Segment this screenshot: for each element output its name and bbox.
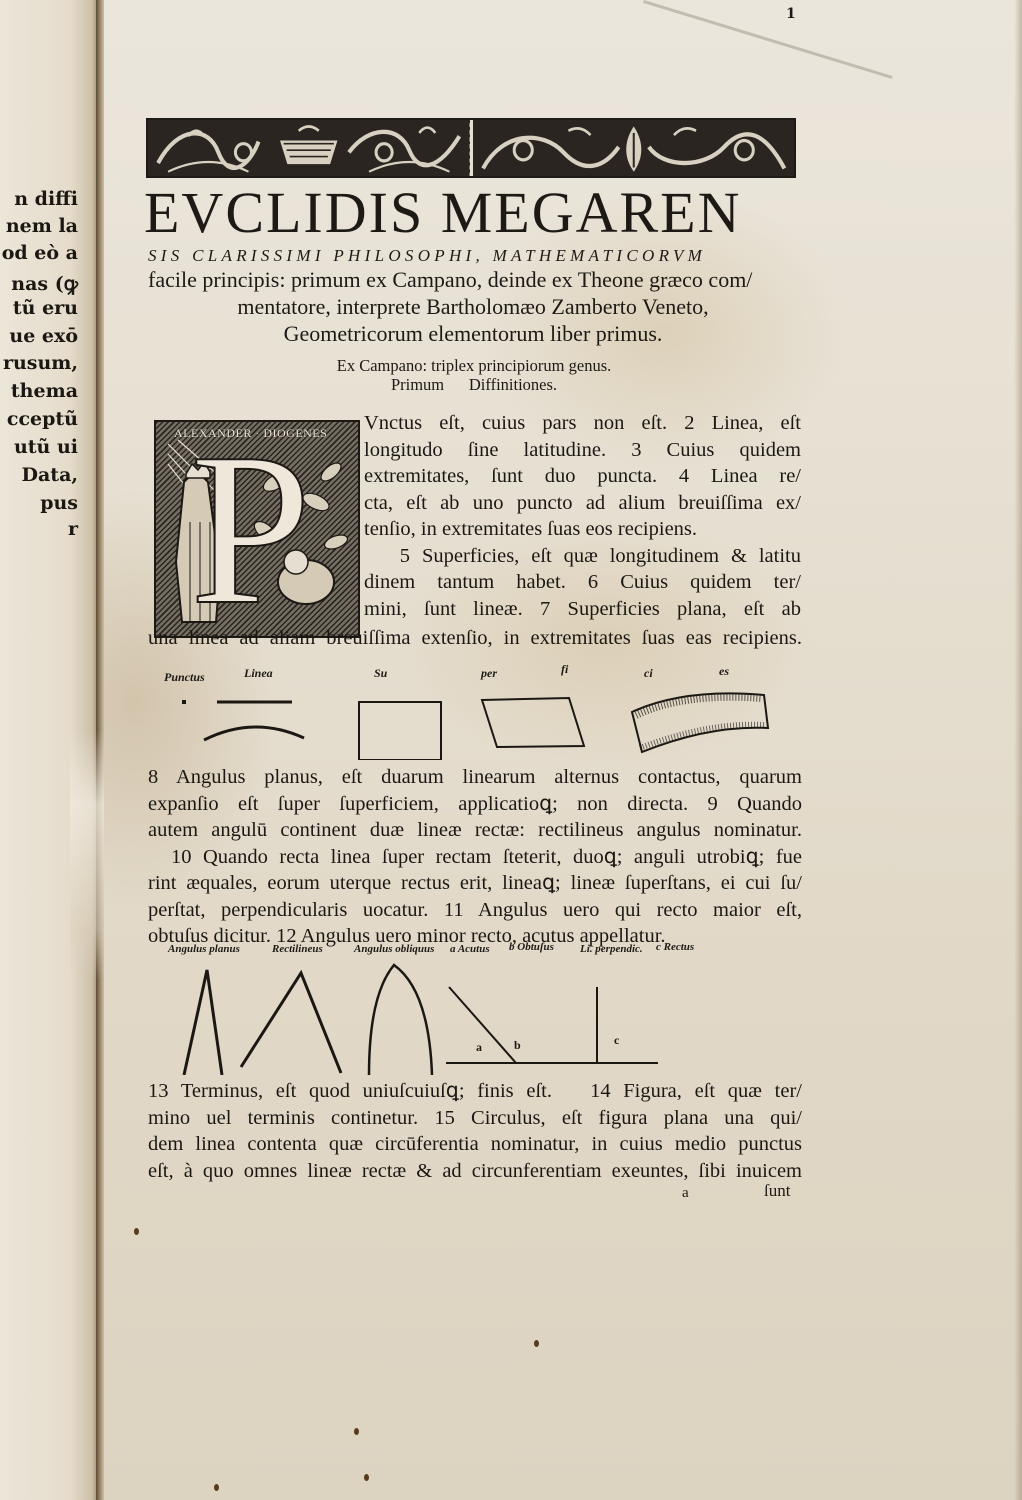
title-line-1: facile principis: primum ex Campano, dei… [148,266,798,293]
text-line: 5 Superficies, eſt quæ longitudinem & la… [364,543,801,570]
text-line: autem angulū continent duæ lineæ rectæ: … [148,817,802,844]
angle-figures-icon [164,945,804,1075]
title-main: EVCLIDIS MEGAREN [144,184,804,242]
left-page-text-line: ue exō [9,325,78,347]
section-heading: Ex Campano: triplex principiorum genus. … [294,356,654,394]
definitions-1-7: Vnctus eſt, cuius pars non eſt. 2 Linea,… [364,410,801,622]
text-line: una linea ad aliam breuiſſima extenſio, … [148,625,802,652]
headpiece-right-panel [470,120,795,176]
historiated-initial-p: P ALEXANDER · DIOGENES [154,420,360,638]
text-line: dem linea contenta quæ circūferentia nom… [148,1131,802,1158]
initial-letter: P [190,430,311,630]
section-heading-line-2: Primum Diffinitiones. [294,375,654,394]
left-page-text-line: tũ eru [13,297,78,319]
title-line-2: mentatore, interprete Bartholomæo Zamber… [148,293,798,320]
left-page-text-line: rusum, [3,352,78,374]
text-line: mini, ſunt lineæ. 7 Superficies plana, e… [364,596,801,623]
text-line: rint æquales, eorum uterque rectus erit,… [148,870,802,897]
text-line: cta, eſt ab uno puncto ad alium breuiſſi… [364,490,801,517]
acanthus-scroll-ornament-icon [473,120,795,176]
text-line: tenſio, in extremitates ſuas eos recipie… [364,516,801,543]
definition-7-continued: una linea ad aliam breuiſſima extenſio, … [148,625,802,652]
text-line: dinem tantum habet. 6 Cuius quidem ter/ [364,569,801,596]
signature-mark: a [682,1180,689,1207]
initial-caption: ALEXANDER · DIOGENES [174,426,352,441]
left-page-text-line: pus [40,492,78,514]
text-line: 8 Angulus planus, eſt duarum linearum al… [148,764,802,791]
title-subtitle: SIS CLARISSIMI PHILOSOPHI, MATHEMATICORV… [148,246,798,266]
figure-point-line-surface: Punctus Linea Su per fi ci es [164,660,804,760]
page-edge-shadow [1014,0,1022,1500]
text-line: perſtat, perpendicularis uocatur. 11 Ang… [148,897,802,924]
section-heading-line-1: Ex Campano: triplex principiorum genus. [294,356,654,375]
text-line: 13 Terminus, eſt quod uniuſcuiuſꝗ; finis… [148,1078,802,1105]
headpiece-left-panel [148,120,470,176]
left-page-text-line: r [68,518,78,540]
folio-number: 1 [786,6,796,22]
text-line: extremitates, ſunt duo puncta. 4 Linea r… [364,463,801,490]
point-icon [182,700,186,704]
book-page: 1 [104,0,1022,1500]
left-page-text-line: Data, [22,464,79,486]
text-line: expanſio eſt ſuper ſuperficiem, applicat… [148,791,802,818]
text-line: longitudo ſine latitudine. 3 Cuius quide… [364,437,801,464]
definitions-8-12: 8 Angulus planus, eſt duarum linearum al… [148,764,802,950]
left-page-text-line: nem la [6,215,78,237]
left-page-text-line: utũ ui [14,436,78,458]
left-page-text-line: thema [11,380,78,402]
title-line-3: Geometricorum elementorum liber primus. [148,320,798,347]
definitions-13-15: 13 Terminus, eſt quod uniuſcuiuſꝗ; finis… [148,1078,802,1184]
text-line: mino uel terminis continetur. 15 Circulu… [148,1105,802,1132]
paper-crease [643,0,893,79]
title-description: facile principis: primum ex Campano, dei… [148,266,798,347]
left-page-text-line: n diffi [14,188,78,210]
text-line: eſt, à quo omnes lineæ rectæ & ad circun… [148,1158,802,1185]
left-page-text-line: nas (ꝙ [11,270,78,296]
ornamental-headpiece [146,118,796,178]
left-page-text-line: od eò a [2,242,78,264]
catchword: ſunt [764,1178,790,1205]
surface-figures-icon [164,660,804,760]
text-line: Vnctus eſt, cuius pars non eſt. 2 Linea,… [364,410,801,437]
figure-angles: Angulus planus Rectilineus Angulus obliq… [164,945,804,1075]
text-line: 10 Quando recta linea ſuper rectam ſtete… [148,844,802,871]
foliage-urn-ornament-icon [148,120,470,176]
left-page-text-line: cceptũ [7,408,78,430]
